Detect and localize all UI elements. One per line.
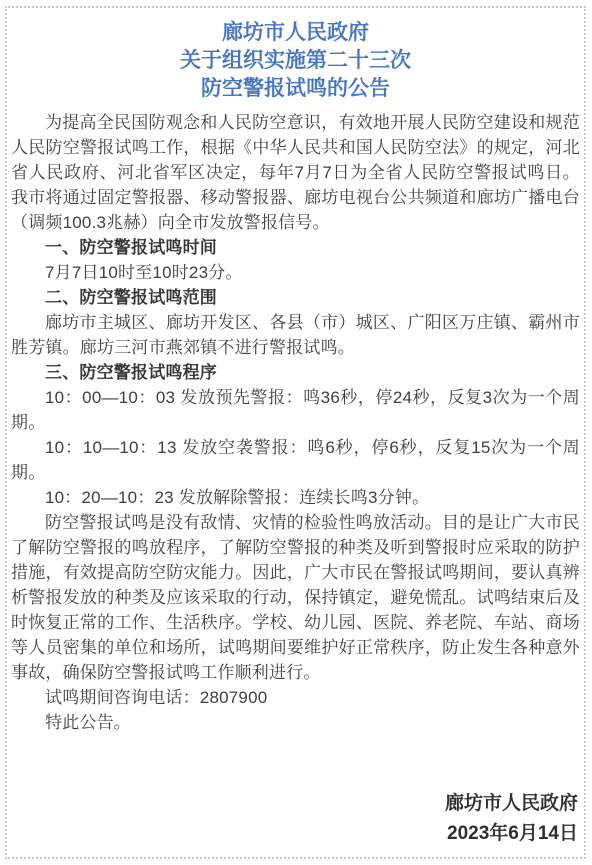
section-3-step-all-clear-warning: 10：20—10：23 发放解除警报：连续长鸣3分钟。: [11, 485, 580, 510]
title-line-org: 廊坊市人民政府: [11, 19, 580, 47]
document-title: 廊坊市人民政府 关于组织实施第二十三次 防空警报试鸣的公告: [11, 19, 580, 103]
document-frame: 廊坊市人民政府 关于组织实施第二十三次 防空警报试鸣的公告 为提高全民国防观念和…: [5, 6, 586, 859]
section-2-text: 廊坊市主城区、廊坊开发区、各县（市）城区、广阳区万庄镇、霸州市胜芳镇。廊坊三河市…: [11, 310, 580, 360]
section-2-heading: 二、防空警报试鸣范围: [11, 285, 580, 310]
title-line-subject: 关于组织实施第二十三次: [11, 47, 580, 75]
signature-block: 廊坊市人民政府 2023年6月14日: [11, 789, 580, 849]
section-3-step-pre-warning: 10：00—10：03 发放预先警报：鸣36秒，停24秒，反复3次为一个周期。: [11, 385, 580, 435]
intro-paragraph: 为提高全民国防观念和人民防空意识，有效地开展人民防空建设和规范人民防空警报试鸣工…: [11, 110, 580, 235]
section-1-heading: 一、防空警报试鸣时间: [11, 235, 580, 260]
announcement-page: 廊坊市人民政府 关于组织实施第二十三次 防空警报试鸣的公告 为提高全民国防观念和…: [0, 0, 592, 865]
final-line: 特此公告。: [11, 710, 580, 735]
phone-line: 试鸣期间咨询电话：2807900: [11, 685, 580, 710]
closing-paragraph: 防空警报试鸣是没有敌情、灾情的检验性鸣放活动。目的是让广大市民了解防空警报的鸣放…: [11, 510, 580, 685]
signature-org: 廊坊市人民政府: [11, 789, 578, 819]
title-line-type: 防空警报试鸣的公告: [11, 75, 580, 103]
section-3-step-air-raid-warning: 10：10—10：13 发放空袭警报：鸣6秒，停6秒，反复15次为一个周期。: [11, 435, 580, 485]
section-3-heading: 三、防空警报试鸣程序: [11, 360, 580, 385]
section-1-text: 7月7日10时至10时23分。: [11, 260, 580, 285]
signature-date: 2023年6月14日: [11, 819, 578, 849]
